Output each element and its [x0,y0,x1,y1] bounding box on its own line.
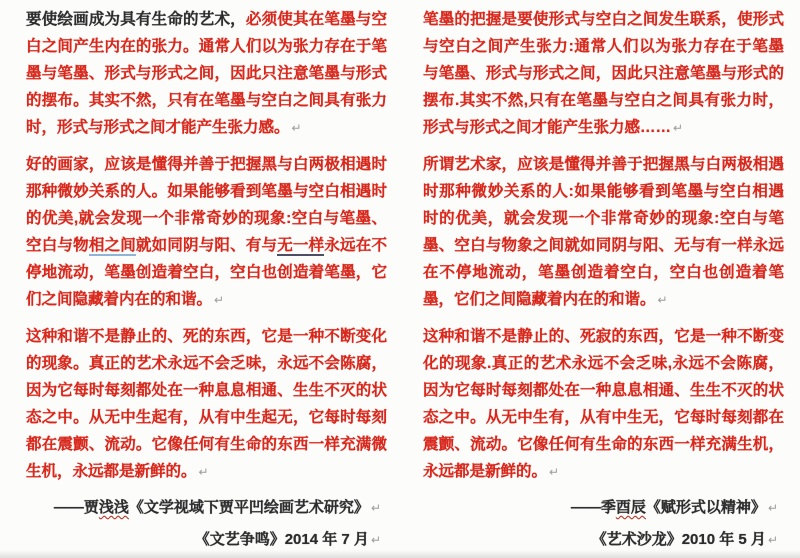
text-column-right: 笔墨的把握是要使形式与空白之间发生联系，使形式与空白之间产生张力:通常人们以为张… [423,6,784,553]
paragraph: 笔墨的把握是要使形式与空白之间发生联系，使形式与空白之间产生张力:通常人们以为张… [423,6,784,142]
attribution-author: ——贾浅浅《文学视域下贾平凹绘画艺术研究》↵ [26,495,381,521]
document-page: 要使绘画成为具有生命的艺术，必须使其在笔墨与空白之间产生内在的张力。通常人们以为… [0,0,800,558]
attribution-author: ——季酉辰《赋形式以精神》↵ [423,495,778,521]
text-segment: 这种和谐不是静止的、死的东西，它是一种不断变化的现象。真正的艺术永远不会乏味，永… [26,328,387,480]
paragraph-mark-icon: ↵ [768,501,778,515]
attribution-source: 《文艺争鸣》2014 年 7 月↵ [26,527,381,553]
paragraph-mark-icon: ↵ [658,293,668,307]
paragraph: 这种和谐不是静止的、死寂的东西，它是一种不断变化的现象.真正的艺术永远不会乏味,… [423,323,784,486]
text-segment: 《文艺争鸣》2014 年 7 月 [195,531,369,548]
text-segment: 无一样 [277,237,324,256]
text-segment: 笔墨的把握是要使形式与空白之间发生联系，使形式与空白之间产生张力:通常人们以为张… [423,11,784,136]
paragraph-mark-icon: ↵ [673,121,683,135]
paragraph-mark-icon: ↵ [549,465,559,479]
paragraph-mark-icon: ↵ [292,121,302,135]
paragraph-mark-icon: ↵ [371,501,381,515]
text-segment: 《文学视域下贾平凹绘画艺术研究》 [129,499,369,516]
text-segment: 要使绘画成为具有生命的艺术， [26,11,246,28]
text-segment: ——贾 [54,499,99,516]
paragraph-mark-icon: ↵ [768,533,778,547]
paragraph-mark-icon: ↵ [214,293,224,307]
text-segment: 《艺术沙龙》2010 年 5 月 [592,531,766,548]
text-segment: 《赋形式以精神》 [646,499,766,516]
paragraph: 所谓艺术家，应该是懂得并善于把握黑与白两极相遇时那种微妙关系的人:如果能够看到笔… [423,151,784,314]
text-segment: 相之间 [89,237,136,256]
paragraph: 好的画家，应该是懂得并善于把握黑与白两极相遇时那种微妙关系的人。如果能够看到笔墨… [26,151,387,314]
comparison-columns: 要使绘画成为具有生命的艺术，必须使其在笔墨与空白之间产生内在的张力。通常人们以为… [26,6,784,553]
text-segment: 就如同阴与阳、有与 [136,237,277,254]
paragraph: 这种和谐不是静止的、死的东西，它是一种不断变化的现象。真正的艺术永远不会乏味，永… [26,323,387,486]
text-segment: 浅浅 [99,499,129,516]
attribution-source: 《艺术沙龙》2010 年 5 月↵ [423,527,778,553]
text-segment: 酉辰 [616,499,646,516]
text-column-left: 要使绘画成为具有生命的艺术，必须使其在笔墨与空白之间产生内在的张力。通常人们以为… [26,6,387,553]
text-segment: ——季 [571,499,616,516]
paragraph-mark-icon: ↵ [199,465,209,479]
text-segment: 这种和谐不是静止的、死寂的东西，它是一种不断变化的现象.真正的艺术永远不会乏味,… [423,328,784,480]
text-segment: 所谓艺术家，应该是懂得并善于把握黑与白两极相遇时那种微妙关系的人:如果能够看到笔… [423,156,784,308]
paragraph-mark-icon: ↵ [371,533,381,547]
paragraph: 要使绘画成为具有生命的艺术，必须使其在笔墨与空白之间产生内在的张力。通常人们以为… [26,6,387,142]
text-segment: 必须使其在笔墨与空白之间产生内在的张力。通常人们以为张力存在于笔墨与笔墨、形式与… [26,11,387,136]
